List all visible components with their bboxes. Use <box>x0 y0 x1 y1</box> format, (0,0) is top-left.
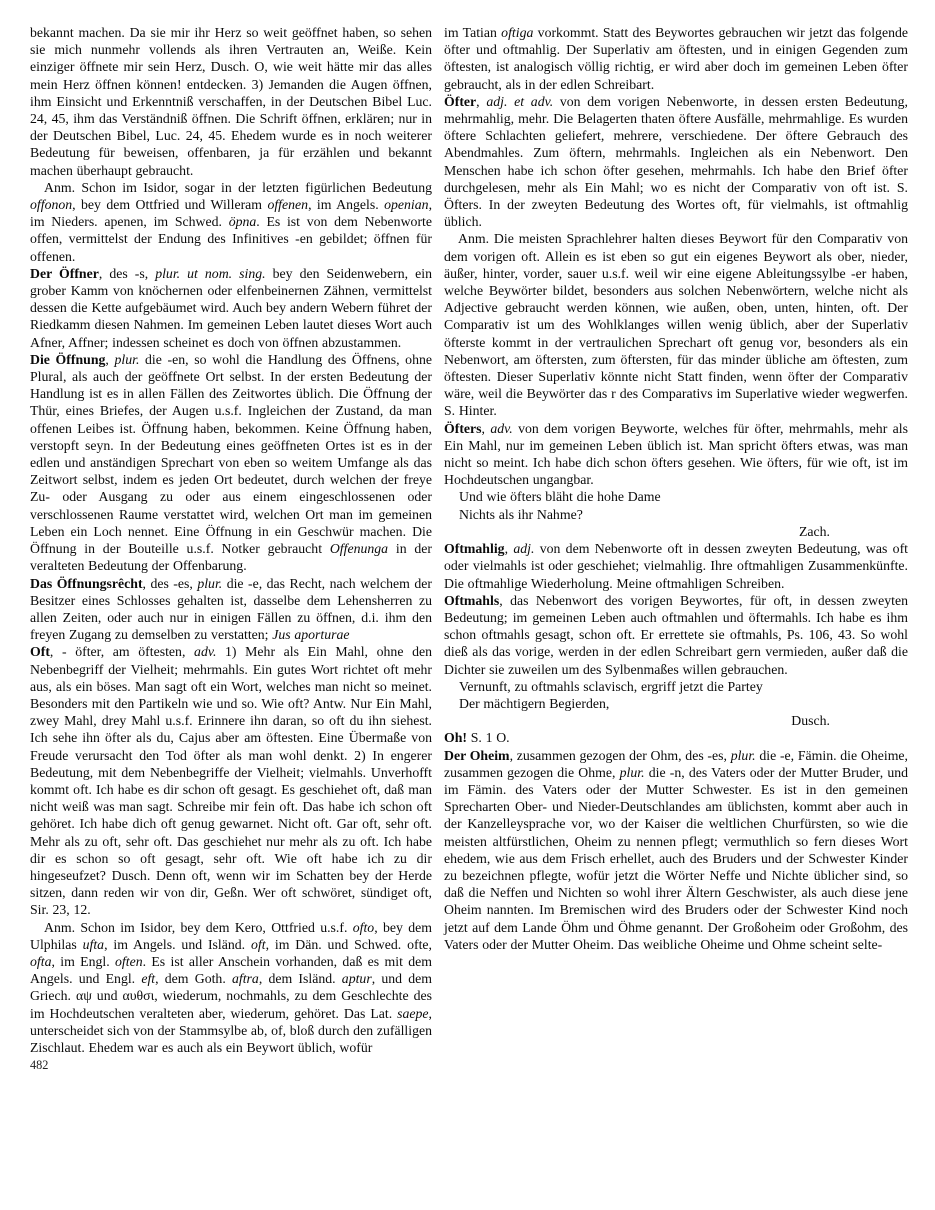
paragraph: Anm. Die meisten Sprachlehrer halten die… <box>444 230 908 419</box>
dictionary-page-scan: bekannt machen. Da sie mir ihr Herz so w… <box>0 0 935 1210</box>
quotation-attribution: Dusch. <box>444 712 908 729</box>
dictionary-entry: Oh! S. 1 O. <box>444 729 908 746</box>
dictionary-entry: Öfters, adv. von dem vorigen Beyworte, w… <box>444 420 908 489</box>
paragraph: bekannt machen. Da sie mir ihr Herz so w… <box>30 24 432 179</box>
paragraph: Anm. Schon im Isidor, sogar in der letzt… <box>30 179 432 265</box>
two-column-layout: bekannt machen. Da sie mir ihr Herz so w… <box>30 24 908 1073</box>
right-column: im Tatian oftiga vorkommt. Statt des Bey… <box>444 24 908 1073</box>
verse-line: Der mächtigern Begierden, <box>459 695 908 712</box>
paragraph: im Tatian oftiga vorkommt. Statt des Bey… <box>444 24 908 93</box>
dictionary-entry: Der Oheim, zusammen gezogen der Ohm, des… <box>444 747 908 953</box>
dictionary-entry: Oftmahlig, adj. von dem Nebenworte oft i… <box>444 540 908 592</box>
dictionary-entry: Der Öffner, des -s, plur. ut nom. sing. … <box>30 265 432 351</box>
left-column-text: bekannt machen. Da sie mir ihr Herz so w… <box>30 24 432 1056</box>
verse-quotation: Vernunft, zu oftmahls sclavisch, ergriff… <box>444 678 908 712</box>
dictionary-entry: Das Öffnungsrêcht, des -es, plur. die -e… <box>30 575 432 644</box>
verse-quotation: Und wie öfters bläht die hohe DameNichts… <box>444 488 908 522</box>
dictionary-entry: Oftmahls, das Nebenwort des vorigen Beyw… <box>444 592 908 678</box>
paragraph: Anm. Schon im Isidor, bey dem Kero, Ottf… <box>30 919 432 1057</box>
quotation-attribution: Zach. <box>444 523 908 540</box>
dictionary-entry: Oft, - öfter, am öftesten, adv. 1) Mehr … <box>30 643 432 918</box>
right-column-text: im Tatian oftiga vorkommt. Statt des Bey… <box>444 24 908 953</box>
page-number: 482 <box>30 1057 432 1073</box>
verse-line: Nichts als ihr Nahme? <box>459 506 908 523</box>
left-column: bekannt machen. Da sie mir ihr Herz so w… <box>30 24 432 1073</box>
verse-line: Vernunft, zu oftmahls sclavisch, ergriff… <box>459 678 908 695</box>
dictionary-entry: Öfter, adj. et adv. von dem vorigen Nebe… <box>444 93 908 231</box>
verse-line: Und wie öfters bläht die hohe Dame <box>459 488 908 505</box>
dictionary-entry: Die Öffnung, plur. die -en, so wohl die … <box>30 351 432 575</box>
